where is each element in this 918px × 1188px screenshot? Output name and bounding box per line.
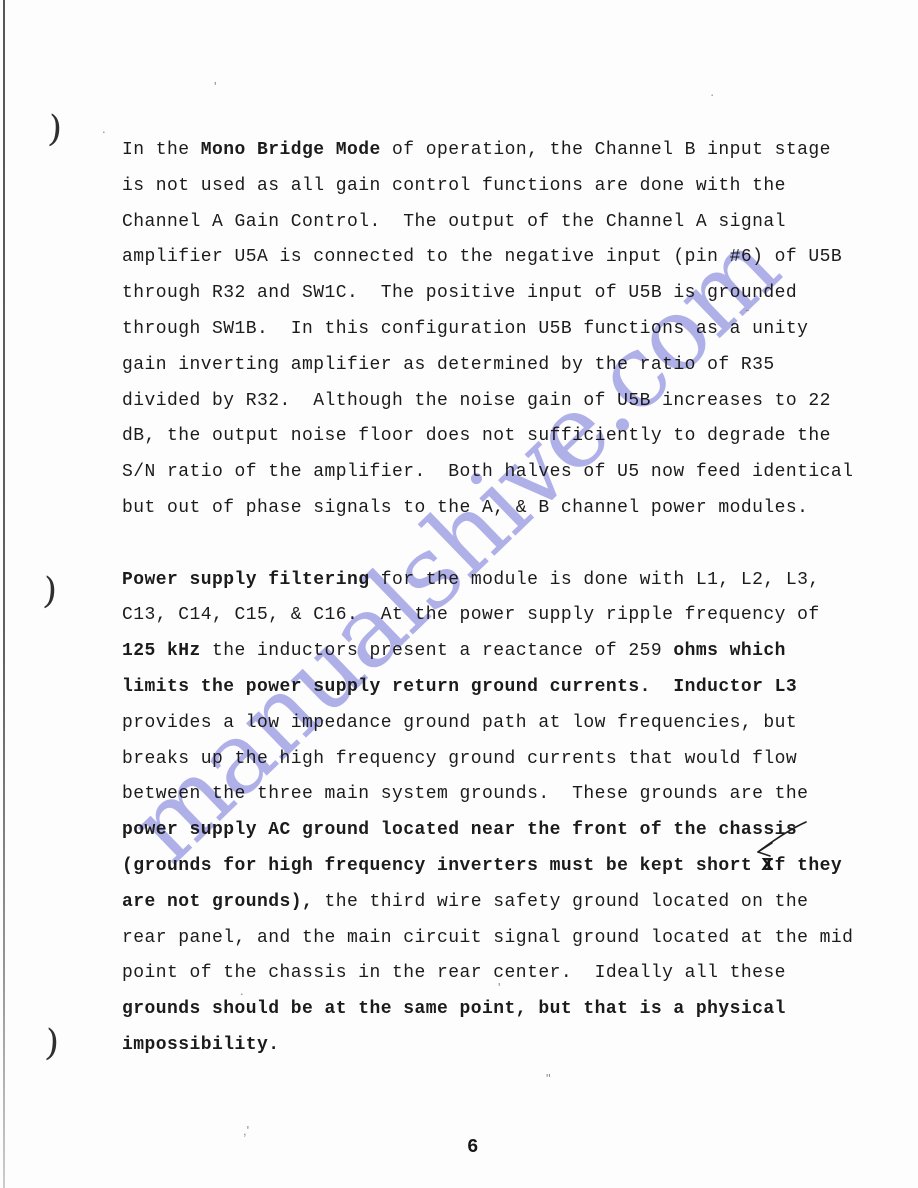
left-scan-edge	[3, 0, 5, 1188]
text-line: Power supply filtering for the module is…	[122, 563, 853, 599]
text-line: rear panel, and the main circuit signal …	[122, 921, 853, 957]
text-line: impossibility.	[122, 1028, 853, 1064]
text-line: grounds should be at the same point, but…	[122, 992, 853, 1028]
margin-paren-mark: )	[44, 1026, 61, 1063]
text-line: C13, C14, C15, & C16. At the power suppl…	[122, 598, 853, 634]
text-line: limits the power supply return ground cu…	[122, 670, 853, 706]
text-line: through SW1B. In this configuration U5B …	[122, 312, 853, 348]
text-line: amplifier U5A is connected to the negati…	[122, 240, 853, 276]
text-line: dB, the output noise floor does not suff…	[122, 419, 853, 455]
scan-speck: -	[745, 303, 749, 316]
paragraph-gap	[122, 527, 853, 563]
text-line: is not used as all gain control function…	[122, 169, 853, 205]
scan-speck: "	[546, 1072, 551, 1085]
text-line: (grounds for high frequency inverters mu…	[122, 849, 853, 885]
text-line: divided by R32. Although the noise gain …	[122, 384, 853, 420]
text-line: breaks up the high frequency ground curr…	[122, 742, 853, 778]
scan-speck: ·	[710, 88, 714, 101]
scan-speck: .	[102, 122, 106, 135]
scan-speck: '	[214, 80, 216, 93]
scan-speck: ,'	[243, 1124, 249, 1137]
text-line: between the three main system grounds. T…	[122, 777, 853, 813]
text-line: but out of phase signals to the A, & B c…	[122, 491, 853, 527]
text-line: power supply AC ground located near the …	[122, 813, 853, 849]
annotation-arrow-icon	[746, 818, 810, 860]
text-line: gain inverting amplifier as determined b…	[122, 348, 853, 384]
text-line: provides a low impedance ground path at …	[122, 706, 853, 742]
margin-paren-mark: )	[47, 112, 64, 149]
scan-speck: '	[498, 981, 500, 994]
text-line: 125 kHz the inductors present a reactanc…	[122, 634, 853, 670]
text-line: are not grounds), the third wire safety …	[122, 885, 853, 921]
scan-speck: .	[240, 984, 244, 997]
text-line: In the Mono Bridge Mode of operation, th…	[122, 133, 853, 169]
scanned-page: manualshive.com In the Mono Bridge Mode …	[0, 0, 918, 1188]
text-block: In the Mono Bridge Mode of operation, th…	[122, 133, 853, 1064]
page-number: 6	[467, 1136, 478, 1158]
text-line: through R32 and SW1C. The positive input…	[122, 276, 853, 312]
text-line: point of the chassis in the rear center.…	[122, 956, 853, 992]
text-line: S/N ratio of the amplifier. Both halves …	[122, 455, 853, 491]
text-line: Channel A Gain Control. The output of th…	[122, 205, 853, 241]
margin-paren-mark: )	[42, 574, 59, 611]
